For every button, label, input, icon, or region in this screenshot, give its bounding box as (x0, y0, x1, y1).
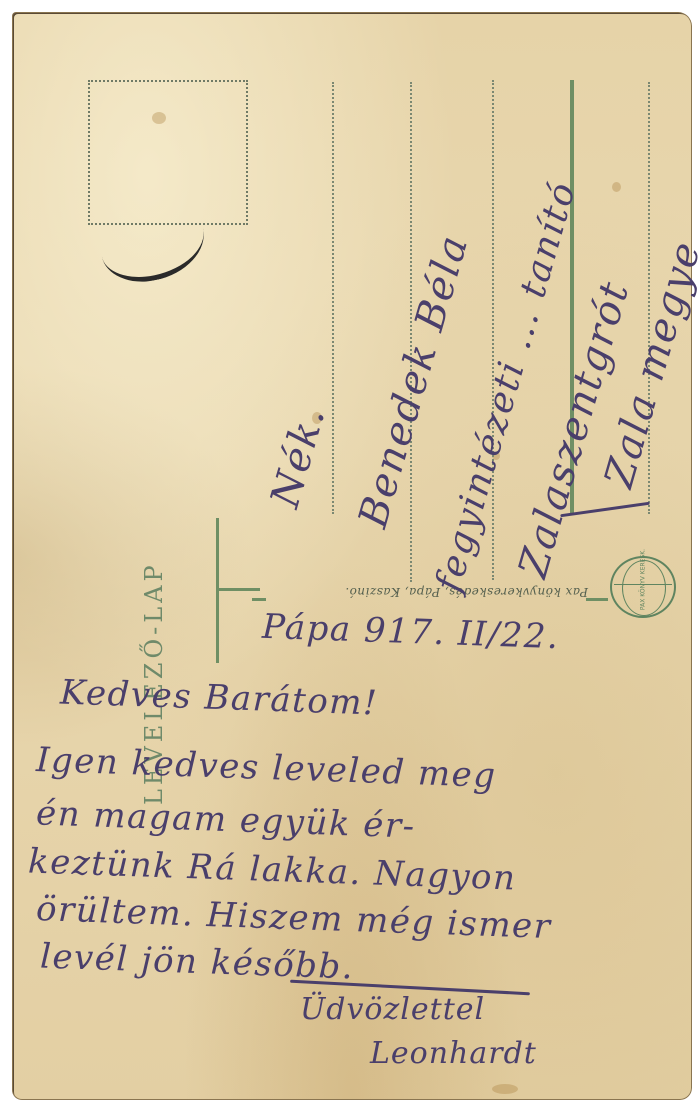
stain (612, 182, 621, 192)
publisher-logo-globe-icon: PAX KÖNYV KERESK. (610, 556, 676, 618)
stain (492, 1084, 518, 1094)
address-line-1 (332, 82, 334, 514)
closing: Üdvözlettel (300, 992, 485, 1027)
logo-text: PAX KÖNYV KERESK. (640, 549, 647, 611)
imprint-rule-right (586, 598, 608, 601)
signature: Leonhardt (370, 1036, 537, 1071)
imprint-rule-left (252, 598, 266, 601)
publisher-imprint: Pax könyvkereskedés, Pápa, Kaszinó. (268, 585, 588, 599)
divider-horizontal (216, 588, 260, 591)
